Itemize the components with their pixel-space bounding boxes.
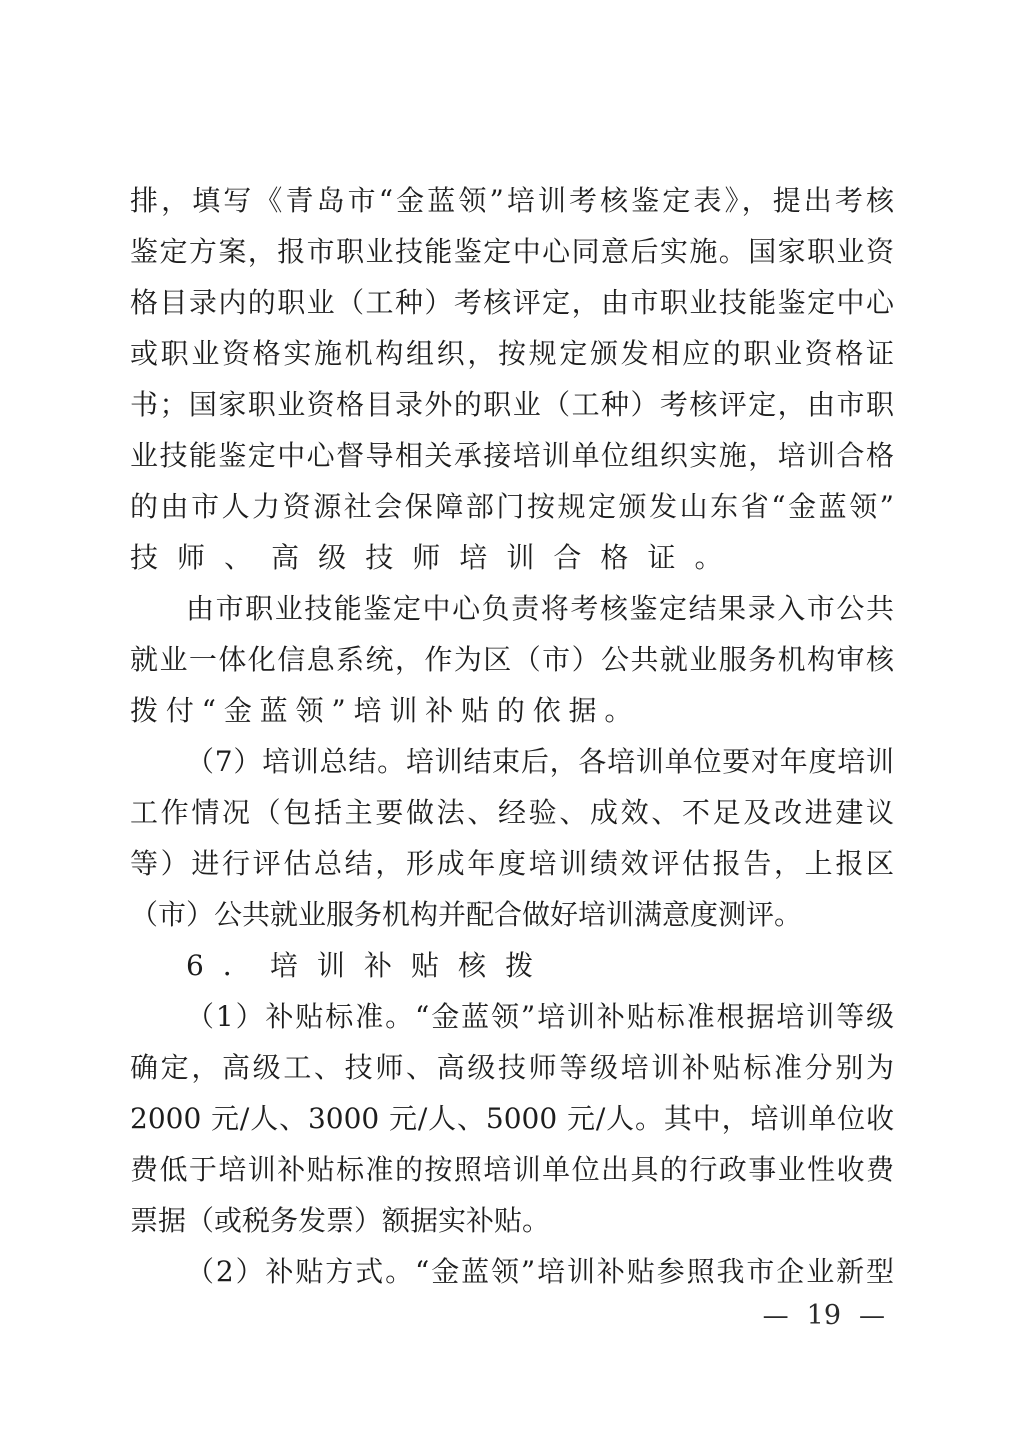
text-line: 由市职业技能鉴定中心负责将考核鉴定结果录入市公共 (130, 583, 894, 634)
document-body: 排，填写《青岛市“金蓝领”培训考核鉴定表》，提出考核鉴定方案，报市职业技能鉴定中… (130, 175, 894, 1297)
footer-dash-right: — (859, 1301, 885, 1331)
document-page: 排，填写《青岛市“金蓝领”培训考核鉴定表》，提出考核鉴定方案，报市职业技能鉴定中… (0, 0, 1024, 1448)
text-line: 2000 元/人、3000 元/人、5000 元/人。其中，培训单位收 (130, 1093, 894, 1144)
text-line: 排，填写《青岛市“金蓝领”培训考核鉴定表》，提出考核 (130, 175, 894, 226)
text-line: 技师、高级技师培训合格证。 (130, 532, 894, 583)
footer-page-number: 19 (807, 1300, 841, 1331)
text-line: 业技能鉴定中心督导相关承接培训单位组织实施，培训合格 (130, 430, 894, 481)
text-line: 格目录内的职业（工种）考核评定，由市职业技能鉴定中心 (130, 277, 894, 328)
text-line: （市）公共就业服务机构并配合做好培训满意度测评。 (130, 889, 894, 940)
text-line: 的由市人力资源社会保障部门按规定颁发山东省“金蓝领” (130, 481, 894, 532)
text-line: 书；国家职业资格目录外的职业（工种）考核评定，由市职 (130, 379, 894, 430)
footer-dash-left: — (763, 1301, 789, 1331)
text-line: 工作情况（包括主要做法、经验、成效、不足及改进建议 (130, 787, 894, 838)
page-footer: — 19 — (763, 1300, 885, 1331)
text-line: 鉴定方案，报市职业技能鉴定中心同意后实施。国家职业资 (130, 226, 894, 277)
text-line: 拨付“金蓝领”培训补贴的依据。 (130, 685, 894, 736)
text-line: 票据（或税务发票）额据实补贴。 (130, 1195, 894, 1246)
text-line: 或职业资格实施机构组织，按规定颁发相应的职业资格证 (130, 328, 894, 379)
text-line: 费低于培训补贴标准的按照培训单位出具的行政事业性收费 (130, 1144, 894, 1195)
text-line: 等）进行评估总结，形成年度培训绩效评估报告，上报区 (130, 838, 894, 889)
text-line: 确定，高级工、技师、高级技师等级培训补贴标准分别为 (130, 1042, 894, 1093)
text-line: 就业一体化信息系统，作为区（市）公共就业服务机构审核 (130, 634, 894, 685)
text-line: （7）培训总结。培训结束后，各培训单位要对年度培训 (130, 736, 894, 787)
text-line: 6．培训补贴核拨 (130, 940, 894, 991)
text-line: （2）补贴方式。“金蓝领”培训补贴参照我市企业新型 (130, 1246, 894, 1297)
text-line: （1）补贴标准。“金蓝领”培训补贴标准根据培训等级 (130, 991, 894, 1042)
